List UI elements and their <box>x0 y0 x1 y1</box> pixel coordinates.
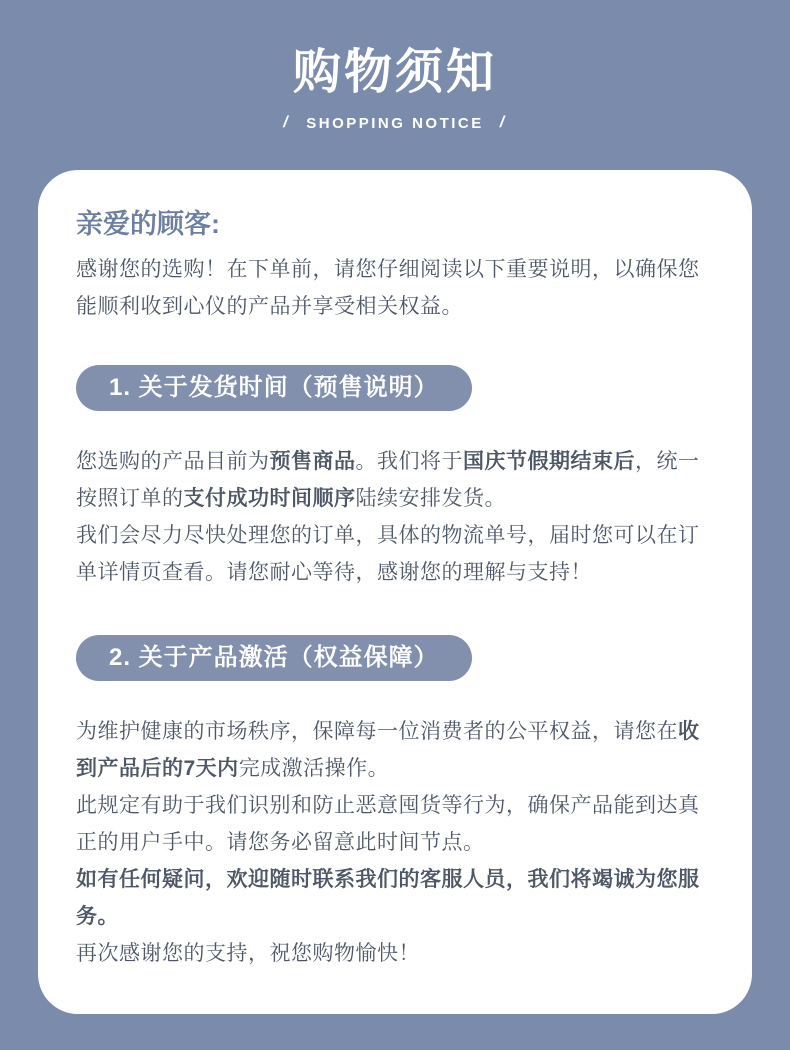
paragraph: 我们会尽力尽快处理您的订单，具体的物流单号，届时您可以在订单详情页查看。请您耐心… <box>76 517 714 591</box>
content-card: 亲爱的顾客: 感谢您的选购！在下单前，请您仔细阅读以下重要说明，以确保您能顺利收… <box>38 170 752 1014</box>
page-title: 购物须知 <box>0 44 790 102</box>
paragraph: 如有任何疑问，欢迎随时联系我们的客服人员，我们将竭诚为您服务。 <box>76 861 714 935</box>
page-subtitle: / SHOPPING NOTICE / <box>0 114 790 132</box>
paragraph: 您选购的产品目前为预售商品。我们将于国庆节假期结束后，统一按照订单的支付成功时间… <box>76 443 714 517</box>
notice-header: 购物须知 / SHOPPING NOTICE / <box>0 0 790 132</box>
section-1-body: 您选购的产品目前为预售商品。我们将于国庆节假期结束后，统一按照订单的支付成功时间… <box>76 443 714 591</box>
left-slash-decoration: / <box>283 114 290 132</box>
paragraph: 再次感谢您的支持，祝您购物愉快！ <box>76 935 714 972</box>
notice-page: 购物须知 / SHOPPING NOTICE / 亲爱的顾客: 感谢您的选购！在… <box>0 0 790 1050</box>
intro-paragraph: 感谢您的选购！在下单前，请您仔细阅读以下重要说明，以确保您能顺利收到心仪的产品并… <box>76 251 714 325</box>
section-1-pill: 1. 关于发货时间（预售说明） <box>76 365 472 411</box>
section-2-body: 为维护健康的市场秩序，保障每一位消费者的公平权益，请您在收到产品后的7天内完成激… <box>76 713 714 972</box>
section-shipping-time: 1. 关于发货时间（预售说明） 您选购的产品目前为预售商品。我们将于国庆节假期结… <box>76 365 714 591</box>
page-subtitle-text: SHOPPING NOTICE <box>306 115 484 132</box>
paragraph: 此规定有助于我们识别和防止恶意囤货等行为，确保产品能到达真正的用户手中。请您务必… <box>76 787 714 861</box>
section-2-pill: 2. 关于产品激活（权益保障） <box>76 635 472 681</box>
right-slash-decoration: / <box>500 114 507 132</box>
section-product-activation: 2. 关于产品激活（权益保障） 为维护健康的市场秩序，保障每一位消费者的公平权益… <box>76 635 714 972</box>
paragraph: 为维护健康的市场秩序，保障每一位消费者的公平权益，请您在收到产品后的7天内完成激… <box>76 713 714 787</box>
greeting-heading: 亲爱的顾客: <box>76 206 714 242</box>
